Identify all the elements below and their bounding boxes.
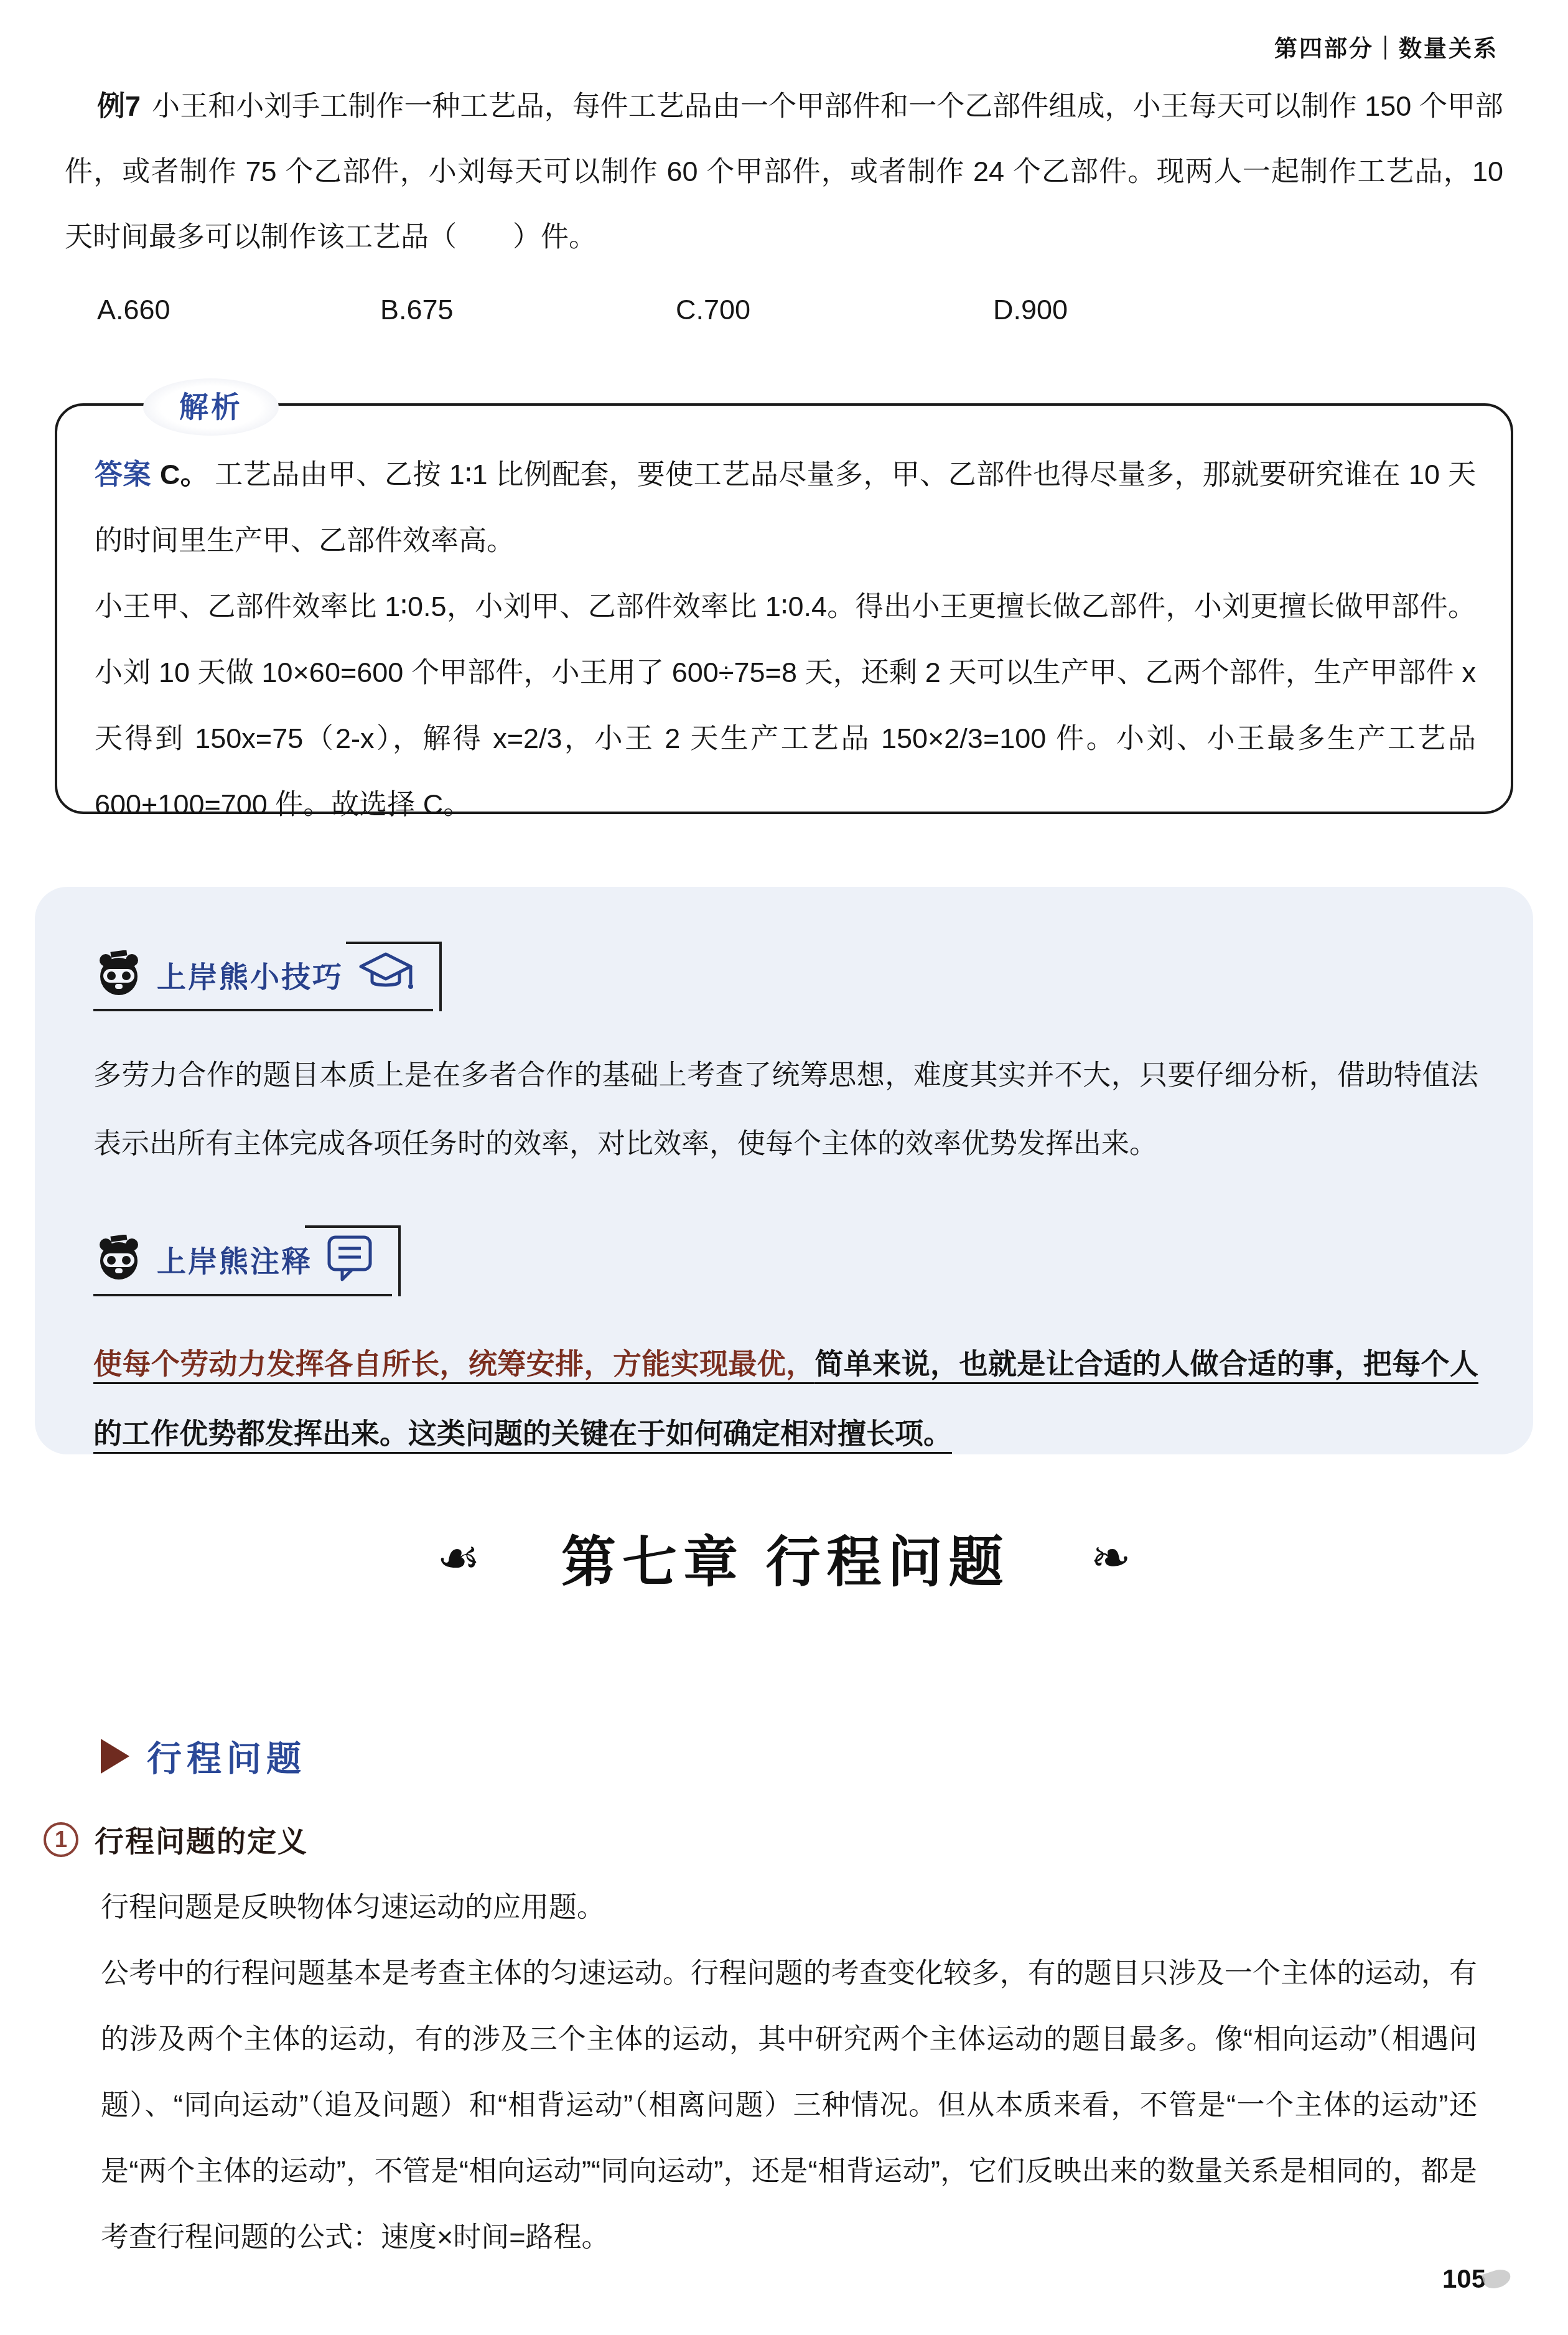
tip-header: 上岸熊小技巧 [93, 948, 433, 1011]
body-paragraph-1: 行程问题是反映物体匀速运动的应用题。 [101, 1874, 1477, 1940]
options-row: A.660 B.675 C.700 D.900 [65, 277, 1503, 342]
note-title: 上岸熊注释 [157, 1238, 312, 1280]
subsection-title: 行程问题的定义 [95, 1818, 308, 1860]
tip-text: 多劳力合作的题目本质上是在多者合作的基础上考查了统筹思想，难度其实并不大，只要仔… [93, 1041, 1478, 1178]
problem-body: 小王和小刘手工制作一种工艺品，每件工艺品由一个甲部件和一个乙部件组成，小王每天可… [65, 90, 1503, 253]
option-a: A.660 [97, 277, 380, 342]
tip-title: 上岸熊小技巧 [157, 954, 343, 996]
triangle-bullet-icon [101, 1739, 129, 1774]
analysis-paragraph-2: 小王甲、乙部件效率比 1∶0.5，小刘甲、乙部件效率比 1∶0.4。得出小王更擅… [95, 574, 1476, 838]
note-text: 使每个劳动力发挥各自所长，统筹安排，方能实现最优，简单来说，也就是让合适的人做合… [93, 1329, 1478, 1468]
analysis-paragraph-1: 答案C。工艺品由甲、乙按 1∶1 比例配套，要使工艺品尽量多，甲、乙部件也得尽量… [95, 442, 1476, 574]
option-c: C.700 [676, 277, 993, 342]
option-d: D.900 [993, 277, 1068, 342]
floral-ornament-left-icon: ☙ [437, 1530, 480, 1586]
note-header: 上岸熊注释 [93, 1232, 392, 1296]
graduation-cap-icon [357, 950, 414, 999]
floral-ornament-right-icon: ❧ [1091, 1530, 1131, 1586]
speech-bubble-icon [326, 1234, 373, 1284]
analysis-badge: 解析 [143, 378, 279, 436]
page-number: 105 [1442, 2264, 1511, 2294]
analysis-text-1: 工艺品由甲、乙按 1∶1 比例配套，要使工艺品尽量多，甲、乙部件也得尽量多，那就… [95, 459, 1476, 556]
running-header: 第四部分｜数量关系 [1274, 30, 1498, 63]
section-title: 行程问题 [147, 1731, 306, 1781]
chapter-title: 第七章 行程问题 [561, 1518, 1009, 1597]
callout-panel: 上岸熊小技巧 多劳力合作的题目本质上是在多者合作的基础上考查了统筹思想，难度其实… [35, 887, 1533, 1454]
circled-number-icon: 1 [44, 1822, 78, 1857]
bear-icon [95, 950, 143, 999]
page-number-value: 105 [1442, 2264, 1486, 2294]
bear-icon [95, 1235, 143, 1283]
problem-block: 例7小王和小刘手工制作一种工艺品，每件工艺品由一个甲部件和一个乙部件组成，小王每… [65, 73, 1503, 342]
answer-label: 答案 [95, 459, 151, 490]
analysis-box: 解析 答案C。工艺品由甲、乙按 1∶1 比例配套，要使工艺品尽量多，甲、乙部件也… [55, 403, 1513, 814]
section-body: 行程问题是反映物体匀速运动的应用题。 公考中的行程问题基本是考查主体的匀速运动。… [101, 1874, 1477, 2270]
textbook-page: 第四部分｜数量关系 例7小王和小刘手工制作一种工艺品，每件工艺品由一个甲部件和一… [0, 0, 1568, 2335]
chapter-heading: ☙ 第七章 行程问题 ❧ [0, 1518, 1568, 1597]
body-paragraph-2: 公考中的行程问题基本是考查主体的匀速运动。行程问题的考查变化较多，有的题目只涉及… [101, 1940, 1477, 2270]
problem-label: 例7 [97, 90, 141, 122]
section-header: 行程问题 [101, 1731, 306, 1781]
note-text-red: 使每个劳动力发挥各自所长，统筹安排，方能实现最优， [93, 1347, 815, 1380]
problem-text: 例7小王和小刘手工制作一种工艺品，每件工艺品由一个甲部件和一个乙部件组成，小王每… [65, 73, 1503, 269]
answer-value: C。 [160, 459, 208, 490]
leaf-icon [1482, 2267, 1513, 2291]
option-b: B.675 [380, 277, 676, 342]
subsection-header: 1 行程问题的定义 [44, 1818, 308, 1860]
